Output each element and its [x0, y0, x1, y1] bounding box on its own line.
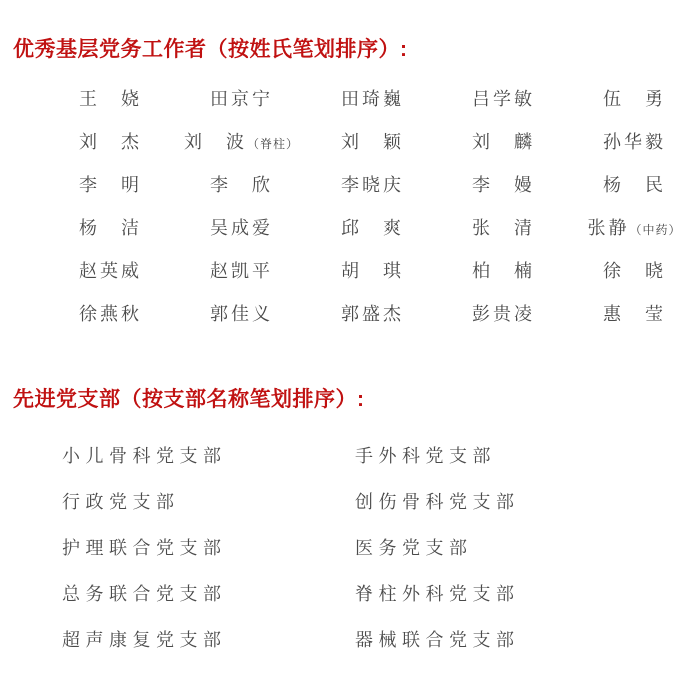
- awardee-name: 吴成爱: [176, 214, 307, 240]
- awardee-name-text: 徐燕秋: [79, 300, 142, 326]
- branch-name: 护理联合党支部: [62, 534, 355, 560]
- awardee-name: 彭贵凌: [438, 300, 569, 326]
- awardee-name-text: 刘 波: [184, 128, 247, 154]
- branch-name: 器械联合党支部: [355, 626, 520, 652]
- branch-name: 创伤骨科党支部: [355, 488, 520, 514]
- awardee-row: 徐燕秋郭佳义郭盛杰彭贵凌惠 莹: [45, 291, 700, 334]
- section1-title: 优秀基层党务工作者（按姓氏笔划排序）:: [13, 38, 700, 62]
- awardee-name-note: （脊柱）: [247, 135, 299, 152]
- awardee-name: 柏 楠: [438, 257, 569, 283]
- awardee-name: 郭佳义: [176, 300, 307, 326]
- awardee-name-note: （中药）: [629, 221, 681, 238]
- awardee-name-text: 张静: [587, 214, 629, 240]
- branch-name: 总务联合党支部: [62, 580, 355, 606]
- branch-name: 脊柱外科党支部: [355, 580, 520, 606]
- awardee-name: 杨 民: [569, 171, 700, 197]
- awardee-name-text: 李 嫚: [472, 171, 535, 197]
- awardee-name: 李 明: [45, 171, 176, 197]
- branch-row: 小儿骨科党支部手外科党支部: [62, 432, 700, 478]
- awardee-name: 伍 勇: [569, 85, 700, 111]
- awardee-name-text: 刘 杰: [79, 128, 142, 154]
- awardee-name: 刘 波（脊柱）: [176, 128, 307, 154]
- branch-name: 小儿骨科党支部: [62, 442, 355, 468]
- awardee-name: 田京宁: [176, 85, 307, 111]
- awardee-name: 孙华毅: [569, 128, 700, 154]
- awardee-name-text: 郭盛杰: [341, 300, 404, 326]
- awardee-name-text: 彭贵凌: [472, 300, 535, 326]
- awardee-name-text: 柏 楠: [472, 257, 535, 283]
- awardee-name-text: 胡 琪: [341, 257, 404, 283]
- awardee-name: 刘 颖: [307, 128, 438, 154]
- awardee-name: 田琦巍: [307, 85, 438, 111]
- awardee-name-text: 赵凯平: [210, 257, 273, 283]
- branches-table: 小儿骨科党支部手外科党支部行政党支部创伤骨科党支部护理联合党支部医务党支部总务联…: [62, 432, 700, 662]
- awardee-row: 刘 杰刘 波（脊柱）刘 颖刘 麟孙华毅: [45, 119, 700, 162]
- awardee-name: 杨 洁: [45, 214, 176, 240]
- awardee-name: 张静（中药）: [569, 214, 700, 240]
- awardee-name-text: 李 明: [79, 171, 142, 197]
- awardee-name-text: 王 娆: [79, 85, 142, 111]
- branch-row: 行政党支部创伤骨科党支部: [62, 478, 700, 524]
- awardee-name-text: 杨 洁: [79, 214, 142, 240]
- awardees-table: 王 娆田京宁田琦巍吕学敏伍 勇刘 杰刘 波（脊柱）刘 颖刘 麟孙华毅李 明李 欣…: [45, 76, 700, 334]
- awardee-name: 徐燕秋: [45, 300, 176, 326]
- awardee-name-text: 孙华毅: [603, 128, 666, 154]
- awardee-row: 赵英威赵凯平胡 琪柏 楠徐 晓: [45, 248, 700, 291]
- branch-row: 总务联合党支部脊柱外科党支部: [62, 570, 700, 616]
- awardee-name-text: 田琦巍: [341, 85, 404, 111]
- awardee-name-text: 张 清: [472, 214, 535, 240]
- awardee-name-text: 赵英威: [79, 257, 142, 283]
- awardee-name: 胡 琪: [307, 257, 438, 283]
- awardee-name-text: 吴成爱: [210, 214, 273, 240]
- section2-title: 先进党支部（按支部名称笔划排序）:: [13, 388, 700, 412]
- awardee-name-text: 杨 民: [603, 171, 666, 197]
- awardee-name: 邱 爽: [307, 214, 438, 240]
- awardee-name: 徐 晓: [569, 257, 700, 283]
- branch-name: 医务党支部: [355, 534, 473, 560]
- awardee-name-text: 伍 勇: [603, 85, 666, 111]
- branch-row: 护理联合党支部医务党支部: [62, 524, 700, 570]
- awardee-name: 刘 杰: [45, 128, 176, 154]
- document-page: 优秀基层党务工作者（按姓氏笔划排序）: 王 娆田京宁田琦巍吕学敏伍 勇刘 杰刘 …: [0, 0, 700, 662]
- awardee-name: 李 嫚: [438, 171, 569, 197]
- branch-name: 超声康复党支部: [62, 626, 355, 652]
- branch-name: 手外科党支部: [355, 442, 496, 468]
- branch-row: 超声康复党支部器械联合党支部: [62, 616, 700, 662]
- awardee-name: 赵凯平: [176, 257, 307, 283]
- awardee-name-text: 吕学敏: [472, 85, 535, 111]
- awardee-row: 李 明李 欣李晓庆李 嫚杨 民: [45, 162, 700, 205]
- awardee-name: 李 欣: [176, 171, 307, 197]
- awardee-name-text: 惠 莹: [603, 300, 666, 326]
- awardee-name-text: 刘 颖: [341, 128, 404, 154]
- awardee-name: 张 清: [438, 214, 569, 240]
- awardee-name: 刘 麟: [438, 128, 569, 154]
- branch-name: 行政党支部: [62, 488, 355, 514]
- awardee-row: 王 娆田京宁田琦巍吕学敏伍 勇: [45, 76, 700, 119]
- awardee-name-text: 郭佳义: [210, 300, 273, 326]
- awardee-name: 王 娆: [45, 85, 176, 111]
- awardee-name-text: 徐 晓: [603, 257, 666, 283]
- awardee-name: 惠 莹: [569, 300, 700, 326]
- awardee-name-text: 刘 麟: [472, 128, 535, 154]
- awardee-name: 李晓庆: [307, 171, 438, 197]
- awardee-name-text: 田京宁: [210, 85, 273, 111]
- awardee-name-text: 邱 爽: [341, 214, 404, 240]
- awardee-row: 杨 洁吴成爱邱 爽张 清张静（中药）: [45, 205, 700, 248]
- awardee-name: 赵英威: [45, 257, 176, 283]
- awardee-name: 吕学敏: [438, 85, 569, 111]
- awardee-name-text: 李晓庆: [341, 171, 404, 197]
- awardee-name-text: 李 欣: [210, 171, 273, 197]
- awardee-name: 郭盛杰: [307, 300, 438, 326]
